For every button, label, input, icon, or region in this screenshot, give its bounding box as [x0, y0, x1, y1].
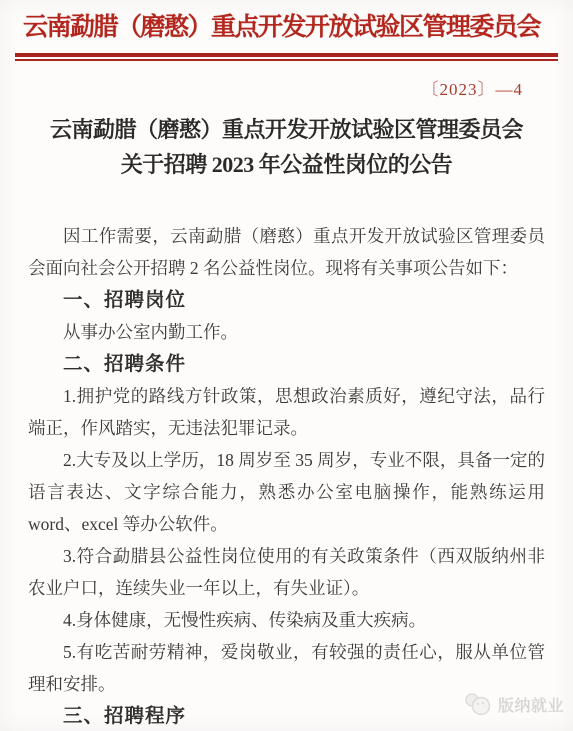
body-paragraph: 4.身体健康，无慢性疾病、传染病及重大疾病。 — [28, 604, 545, 636]
body-paragraph: 2.大专及以上学历，18 周岁至 35 周岁，专业不限，具备一定的语言表达、文字… — [28, 444, 545, 540]
banna-employment-logo-icon — [463, 692, 493, 716]
document-title-line1: 云南勐腊（磨憨）重点开发开放试验区管理委员会 — [0, 112, 573, 147]
body-paragraph: 3.符合勐腊县公益性岗位使用的有关政策条件（西双版纳州非农业户口，连续失业一年以… — [28, 540, 545, 604]
letterhead-double-rule — [15, 53, 558, 62]
document-number: 〔2023〕—4 — [422, 75, 524, 100]
section-heading-recruit-conditions: 二、招聘条件 — [28, 348, 545, 380]
intro-paragraph: 因工作需要，云南勐腊（磨憨）重点开发开放试验区管理委员会面向社会公开招聘 2 名… — [28, 220, 545, 284]
rule-thick-line — [15, 53, 558, 57]
letterhead-title: 云南勐腊（磨憨）重点开发开放试验区管理委员会 — [0, 7, 563, 43]
body-paragraph: 5.有吃苦耐劳精神，爱岗敬业，有较强的责任心，服从单位管理和安排。 — [28, 636, 545, 700]
body-paragraph: 从事办公室内勤工作。 — [28, 316, 545, 348]
document-body: 因工作需要，云南勐腊（磨憨）重点开发开放试验区管理委员会面向社会公开招聘 2 名… — [28, 220, 545, 731]
watermark-label: 版纳就业 — [498, 693, 564, 716]
body-paragraph: 1.拥护党的路线方针政策，思想政治素质好，遵纪守法，品行端正，作风踏实，无违法犯… — [28, 380, 545, 444]
watermark: 版纳就业 — [463, 692, 564, 716]
section-heading-recruit-post: 一、招聘岗位 — [28, 284, 545, 316]
official-notice-document: 云南勐腊（磨憨）重点开发开放试验区管理委员会 〔2023〕—4 云南勐腊（磨憨）… — [0, 0, 573, 731]
document-title-line2: 关于招聘 2023 年公益性岗位的公告 — [0, 147, 573, 182]
document-title: 云南勐腊（磨憨）重点开发开放试验区管理委员会 关于招聘 2023 年公益性岗位的… — [0, 112, 573, 182]
rule-thin-line — [15, 59, 558, 61]
